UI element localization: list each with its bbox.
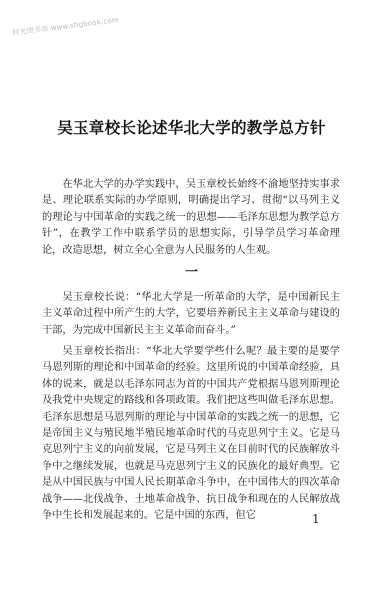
body-paragraph: 吴玉章校长指出：“华北大学要学些什么呢？最主要的是要学马恩列斯的理论和中国革命的… <box>42 344 340 524</box>
page-number: 1 <box>312 512 320 526</box>
watermark: 时光图书馆 www.shgbook.com <box>12 15 119 38</box>
intro-paragraph-block: 在华北大学的办学实践中，吴玉章校长始终不渝地坚持实事求是、理论联系实际的办学原则… <box>42 177 340 268</box>
chapter-title: 吴玉章校长论述华北大学的教学总方针 <box>0 116 383 138</box>
body-paragraph: 吴玉章校长说：“华北大学是一所革命的大学，是中国新民主主义革命过程中所产生的大学… <box>42 290 340 339</box>
paragraph-block-2: 吴玉章校长指出：“华北大学要学些什么呢？最主要的是要学马恩列斯的理论和中国革命的… <box>42 344 340 533</box>
section-number: 一 <box>0 261 383 280</box>
intro-paragraph: 在华北大学的办学实践中，吴玉章校长始终不渝地坚持实事求是、理论联系实际的办学原则… <box>42 177 340 259</box>
paragraph-block-1: 吴玉章校长说：“华北大学是一所革命的大学，是中国新民主主义革命过程中所产生的大学… <box>42 290 340 348</box>
